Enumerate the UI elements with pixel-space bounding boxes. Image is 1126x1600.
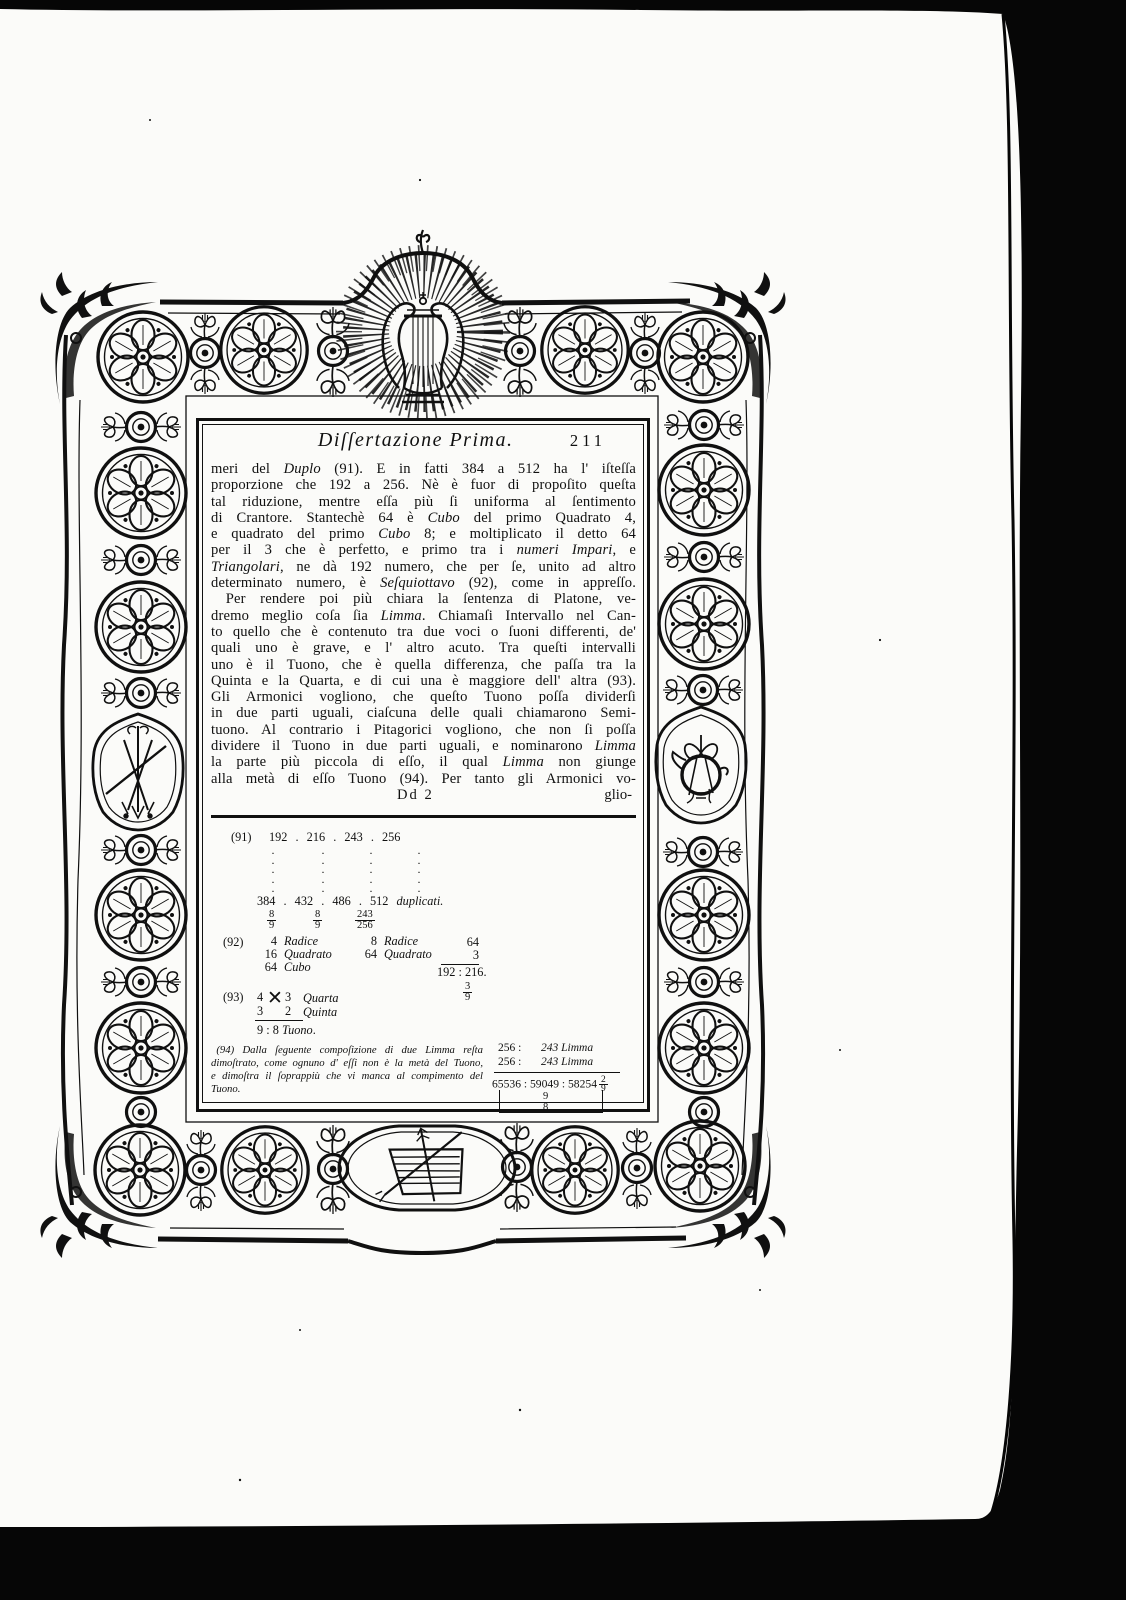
text-line: determinato numero, è Seſquiottavo (92),… [211,575,636,591]
text-line: alla metà di eſſo Tuono (94). Per tanto … [211,771,636,787]
dot-column: . . . . . [367,846,375,894]
text-line: to quello che è contenuto tra due voci o… [211,624,636,640]
footnote-94-line: e dimoſtra il ſoprappiù che vi manca al … [211,1070,483,1083]
footnote-91-series: 192 . 216 . 243 . 256 [269,830,400,845]
footnote-94-text: (94) Dalla ſeguente compoſizione di due … [211,1044,483,1096]
rose-medallion-icon [96,870,186,960]
rose-medallion-icon [532,1127,618,1213]
text-line: in due parti uguali, ciaſcuna delle qual… [211,705,636,721]
ratio-bottom-left: 3 [257,1004,263,1019]
text-line: meri del Duplo (91). E in fatti 384 a 51… [211,461,636,477]
text-line: uno è il Tuono, che è quella differenza,… [211,657,636,673]
footnote-92-label: (92) [223,935,244,950]
text-line: Per rendere poi più chiara la ſentenza d… [211,591,636,607]
fraction-8-9: 89 [267,910,276,931]
text-line: tuono. Al contrario i Pitagorici voglion… [211,722,636,738]
rose-medallion-icon [95,1125,185,1215]
rose-medallion-icon [659,579,749,669]
rose-medallion-icon [221,307,307,393]
footnote-94-line: (94) Dalla ſeguente compoſizione di due … [211,1044,483,1057]
power-row: 64Cubo [257,961,332,974]
fraction-243-256: 243256 [355,910,375,931]
rose-medallion-icon [655,1121,745,1211]
dot-column: . . . . . [269,846,277,894]
page-header: Diſſertazione Prima. 211 [211,429,636,459]
ratio-bottom-right: 2 [285,1004,291,1019]
signature-row: Dd 2 glio- [211,787,636,805]
footnote-92-result: 192 : 216. [437,965,487,980]
text-line: Gli Armonici vogliono, che queſto Tuono … [211,689,636,705]
rose-medallion-icon [222,1127,308,1213]
rose-medallion-icon [96,448,186,538]
rose-medallion-icon [658,312,748,402]
footnote-94-line: Tuono. [211,1083,483,1096]
quarta-label: Quarta [303,991,339,1006]
rose-medallion-icon [659,445,749,535]
text-line: la parte più piccola di eſſo, il qual Li… [211,754,636,770]
text-line: Quinta e la Quarta, e di cui una è maggi… [211,673,636,689]
footnote-92-powers-of-8: 8Radice64Quadrato [357,935,432,961]
text-panel: Diſſertazione Prima. 211 meri del Duplo … [196,418,650,1112]
product-rule [494,1072,620,1073]
ratio-top-right: 3 [285,990,291,1005]
limma-ratio-1-left: 256 : [498,1042,521,1054]
rose-medallion-icon [659,1003,749,1093]
running-title: Diſſertazione Prima. [318,429,514,452]
text-panel-inner-border: Diſſertazione Prima. 211 meri del Duplo … [202,424,644,1103]
footnote-93-label: (93) [223,990,244,1005]
text-line: e quadrato del primo Cubo 8; e moltiplic… [211,526,636,542]
text-line: di Crantore. Stantechè 64 è Cubo del pri… [211,510,636,526]
power-row: 64Quadrato [357,948,432,961]
text-line: dividere il Tuono in due parti uguali, e… [211,738,636,754]
footnote-91-label: (91) [231,830,252,845]
rose-medallion-icon [98,312,188,402]
multiplier: 3 [441,948,479,965]
comparison-bracket [499,1090,603,1113]
footnotes: (91) 192 . 216 . 243 . 256 . . . . . . .… [211,818,636,1114]
rose-medallion-icon [659,870,749,960]
fraction-8-9: 89 [313,910,322,931]
limma-ratio-2-right: 243 Limma [541,1056,593,1068]
footnote-91-series-duplicated: 384 . 432 . 486 . 512 duplicati. [257,894,443,909]
cross-multiplication-icon: ✕ [267,989,283,1008]
rose-medallion-icon [542,307,628,393]
dot-column: . . . . . [415,846,423,894]
limma-ratio-2-left: 256 : [498,1056,521,1068]
text-line: quali uno è grave, e l' altro acuto. Tra… [211,640,636,656]
gathering-signature: Dd 2 [397,787,434,804]
dot-column: . . . . . [319,846,327,894]
sum-rule [255,1020,303,1021]
ratio-top-left: 4 [257,990,263,1005]
quinta-label: Quinta [303,1005,337,1020]
body-text: meri del Duplo (91). E in fatti 384 a 51… [211,461,636,787]
limma-ratio-1-right: 243 Limma [541,1042,593,1054]
catchword: glio- [604,787,632,804]
text-line: per il 3 che è perfetto, e primo tra i n… [211,542,636,558]
text-line: proporzione che 192 a 256. Nè è fuor di … [211,477,636,493]
book-scan-page: { "header": { "title": "Diſſertazione Pr… [0,0,1126,1600]
page-number: 211 [570,431,606,451]
text-line: tal riduzione, mentre eſſa più ſi unifor… [211,494,636,510]
fraction-3-9: 39 [463,982,472,1003]
text-line: Triangolari, ne dà 192 numero, che per ſ… [211,559,636,575]
rose-medallion-icon [96,582,186,672]
text-line: dremo meglio coſa ſia Limma. Chiamaſi In… [211,608,636,624]
rose-medallion-icon [96,1003,186,1093]
footnote-92-powers-of-4: 4Radice16Quadrato64Cubo [257,935,332,975]
footnote-94-line: dimoſtrato, come ognuno d' eſſi non è la… [211,1057,483,1070]
footnote-93-result: 9 : 8 Tuono. [257,1023,316,1038]
